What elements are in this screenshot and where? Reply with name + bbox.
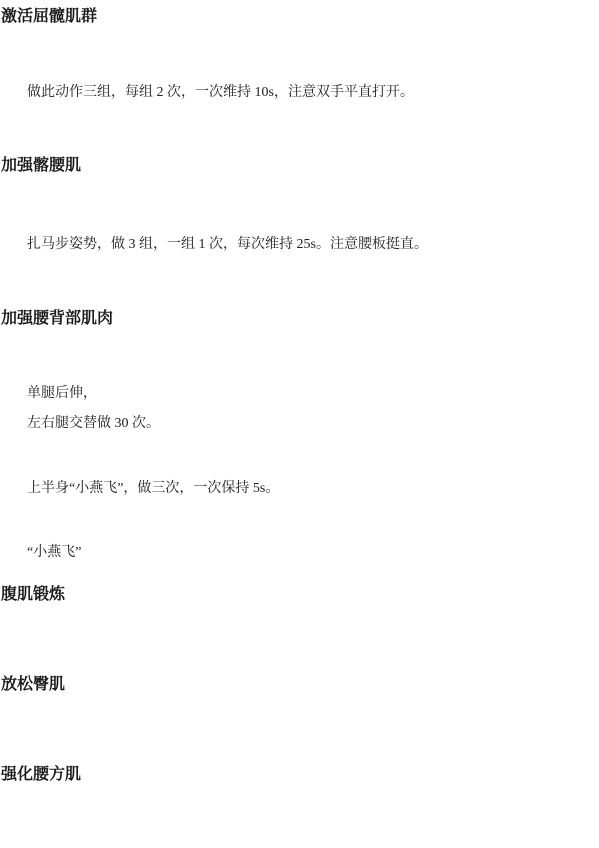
section-heading-relax-glutes: 放松臀肌 xyxy=(1,675,65,695)
section-heading-strengthen-lower-back: 加强腰背部肌肉 xyxy=(1,309,113,329)
body-paragraph-swallow-exercise-instructions: 上半身“小燕飞”，做三次，一次保持 5s。 xyxy=(27,479,279,499)
body-paragraph-hip-flexor-instructions: 做此动作三组，每组 2 次，一次维持 10s，注意双手平直打开。 xyxy=(27,83,414,103)
section-heading-strengthen-quadratus-lumborum: 强化腰方肌 xyxy=(1,765,81,785)
document-page: 激活屈髋肌群 做此动作三组，每组 2 次，一次维持 10s，注意双手平直打开。 … xyxy=(0,0,599,848)
body-paragraph-swallow-exercise-label: “小燕飞” xyxy=(27,543,81,563)
body-paragraph-horse-stance-instructions: 扎马步姿势，做 3 组，一组 1 次，每次维持 25s。注意腰板挺直。 xyxy=(27,235,428,255)
section-heading-activate-hip-flexors: 激活屈髋肌群 xyxy=(1,7,97,27)
body-paragraph-single-leg-extension: 单腿后伸， xyxy=(27,384,97,404)
body-paragraph-alternate-legs-reps: 左右腿交替做 30 次。 xyxy=(27,414,160,434)
section-heading-strengthen-iliopsoas: 加强髂腰肌 xyxy=(1,156,81,176)
section-heading-abdominal-exercise: 腹肌锻炼 xyxy=(1,585,65,605)
